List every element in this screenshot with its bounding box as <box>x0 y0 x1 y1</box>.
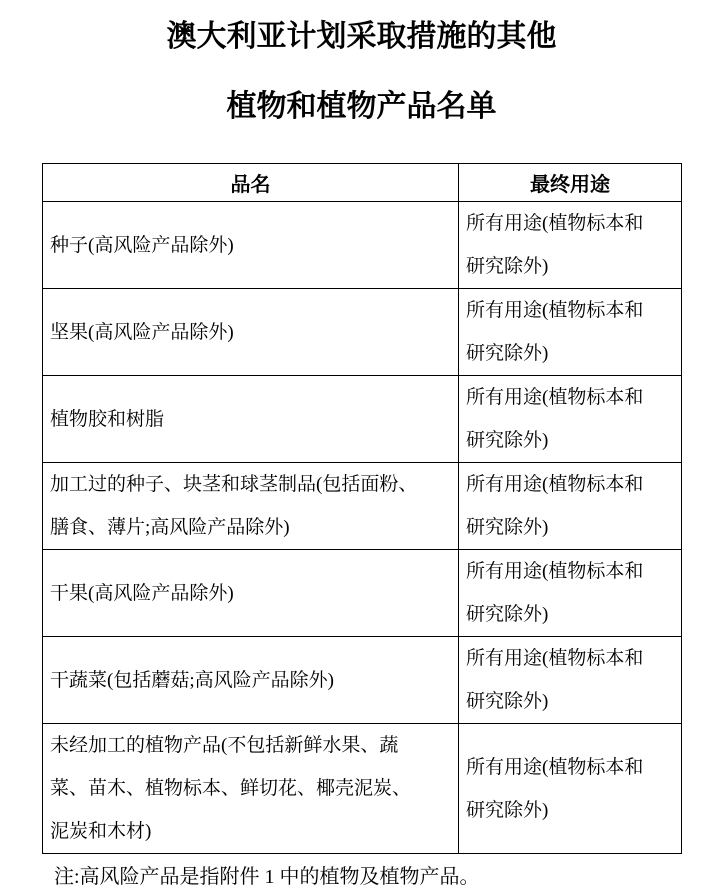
end-use-cell: 所有用途(植物标本和 研究除外) <box>459 550 682 637</box>
table-row: 植物胶和树脂 所有用途(植物标本和 研究除外) <box>43 376 682 463</box>
column-header-product-name: 品名 <box>43 164 459 202</box>
plant-products-table: 品名 最终用途 种子(高风险产品除外) 所有用途(植物标本和 研究除外) 坚果(… <box>42 163 682 854</box>
end-use-cell: 所有用途(植物标本和 研究除外) <box>459 463 682 550</box>
table-row: 干果(高风险产品除外) 所有用途(植物标本和 研究除外) <box>43 550 682 637</box>
end-use-cell: 所有用途(植物标本和 研究除外) <box>459 724 682 854</box>
end-use-cell: 所有用途(植物标本和 研究除外) <box>459 376 682 463</box>
column-header-end-use: 最终用途 <box>459 164 682 202</box>
table-row: 未经加工的植物产品(不包括新鲜水果、蔬 菜、苗木、植物标本、鲜切花、椰壳泥炭、 … <box>43 724 682 854</box>
end-use-cell: 所有用途(植物标本和 研究除外) <box>459 289 682 376</box>
product-name-cell: 加工过的种子、块茎和球茎制品(包括面粉、 膳食、薄片;高风险产品除外) <box>43 463 459 550</box>
product-name-cell: 干果(高风险产品除外) <box>43 550 459 637</box>
product-name-cell: 坚果(高风险产品除外) <box>43 289 459 376</box>
end-use-cell: 所有用途(植物标本和 研究除外) <box>459 637 682 724</box>
document-page: 澳大利亚计划采取措施的其他 植物和植物产品名单 品名 最终用途 种子(高风险产品… <box>0 0 723 889</box>
product-name-cell: 种子(高风险产品除外) <box>43 202 459 289</box>
document-title-line1: 澳大利亚计划采取措施的其他 <box>0 0 723 54</box>
table-row: 种子(高风险产品除外) 所有用途(植物标本和 研究除外) <box>43 202 682 289</box>
footnote: 注:高风险产品是指附件 1 中的植物及植物产品。 <box>54 865 723 889</box>
product-name-cell: 干蔬菜(包括蘑菇;高风险产品除外) <box>43 637 459 724</box>
end-use-cell: 所有用途(植物标本和 研究除外) <box>459 202 682 289</box>
table-row: 干蔬菜(包括蘑菇;高风险产品除外) 所有用途(植物标本和 研究除外) <box>43 637 682 724</box>
document-title-line2: 植物和植物产品名单 <box>0 54 723 124</box>
table-header-row: 品名 最终用途 <box>43 164 682 202</box>
product-name-cell: 未经加工的植物产品(不包括新鲜水果、蔬 菜、苗木、植物标本、鲜切花、椰壳泥炭、 … <box>43 724 459 854</box>
product-name-cell: 植物胶和树脂 <box>43 376 459 463</box>
table-row: 坚果(高风险产品除外) 所有用途(植物标本和 研究除外) <box>43 289 682 376</box>
table-row: 加工过的种子、块茎和球茎制品(包括面粉、 膳食、薄片;高风险产品除外) 所有用途… <box>43 463 682 550</box>
